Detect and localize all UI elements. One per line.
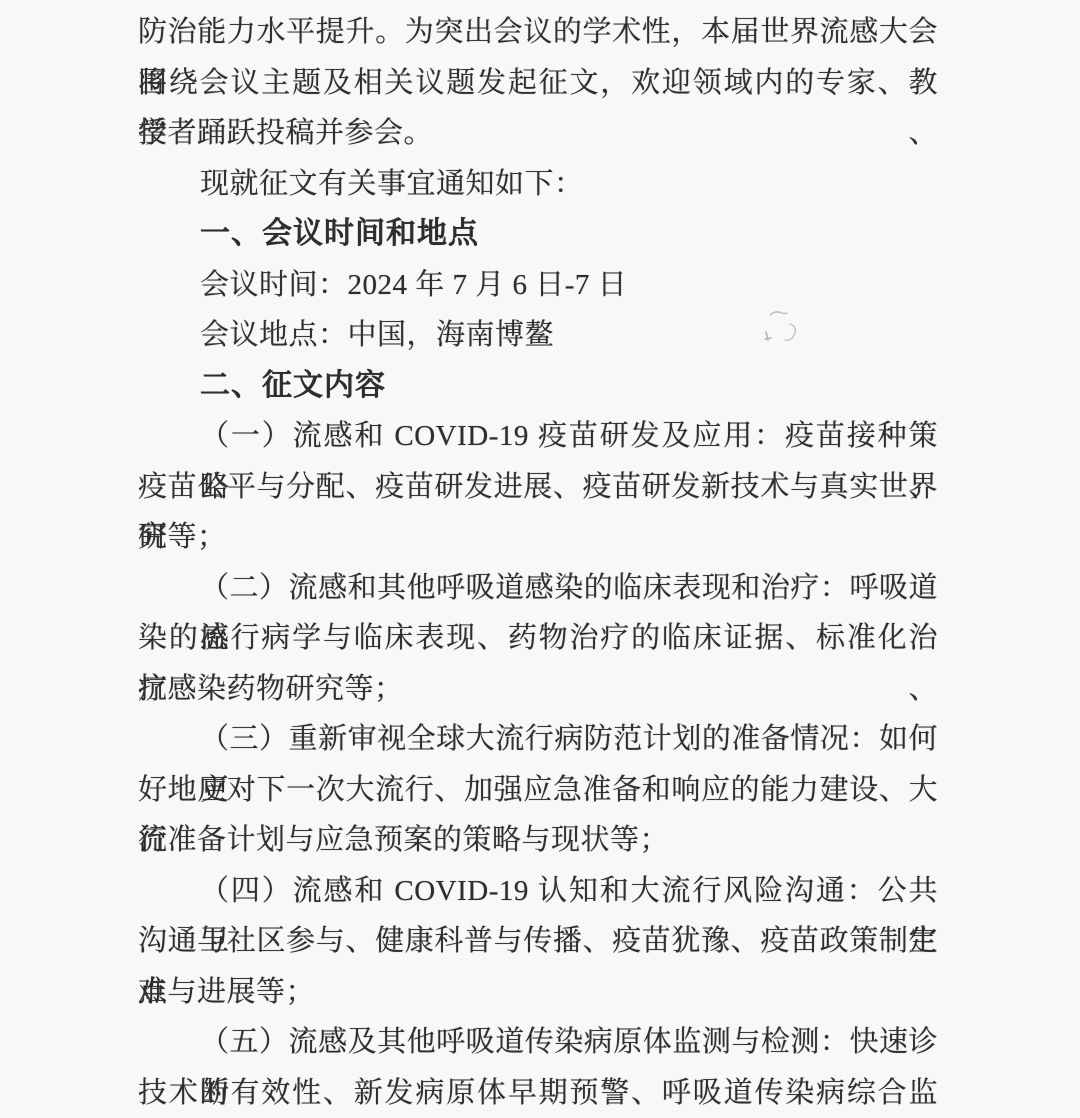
document-line: （五）流感及其他呼吸道传染病原体监测与检测：快速诊断 [138, 1017, 938, 1068]
document-line: 染的流行病学与临床表现、药物治疗的临床证据、标准化治疗、 [138, 613, 938, 664]
document-line: 行准备计划与应急预案的策略与现状等； [138, 815, 938, 866]
document-line: 好地应对下一次大流行、加强应急准备和响应的能力建设、大流 [138, 765, 938, 816]
document-line: 点与进展等； [138, 967, 938, 1018]
document-line: 疫苗公平与分配、疫苗研发进展、疫苗研发新技术与真实世界研 [138, 462, 938, 513]
document-text-block: 防治能力水平提升。为突出会议的学术性，本届世界流感大会将 围绕会议主题及相关议题… [138, 7, 938, 1118]
document-line: 围绕会议主题及相关议题发起征文，欢迎领域内的专家、教授、 [138, 58, 938, 109]
document-line: 现就征文有关事宜通知如下： [138, 159, 938, 210]
document-line: 沟通与社区参与、健康科普与传播、疫苗犹豫、疫苗政策制定难 [138, 916, 938, 967]
document-line: 防治能力水平提升。为突出会议的学术性，本届世界流感大会将 [138, 7, 938, 58]
document-line: （四）流感和 COVID-19 认知和大流行风险沟通：公共卫生 [138, 866, 938, 917]
meeting-time-line: 会议时间：2024 年 7 月 6 日-7 日 [138, 260, 938, 311]
document-line: 究等； [138, 512, 938, 563]
document-line: 技术的有效性、新发病原体早期预警、呼吸道传染病综合监测、 [138, 1068, 938, 1118]
document-line: （三）重新审视全球大流行病防范计划的准备情况：如何更 [138, 714, 938, 765]
document-line: （二）流感和其他呼吸道感染的临床表现和治疗：呼吸道感 [138, 563, 938, 614]
scanned-document-page: 防治能力水平提升。为突出会议的学术性，本届世界流感大会将 围绕会议主题及相关议题… [0, 0, 1080, 1118]
meeting-place-line: 会议地点：中国，海南博鳌 [138, 310, 938, 361]
pencil-smudge-mark [756, 306, 808, 352]
section-heading-2: 二、征文内容 [138, 361, 938, 412]
document-line: （一）流感和 COVID-19 疫苗研发及应用：疫苗接种策略、 [138, 411, 938, 462]
section-heading-1: 一、会议时间和地点 [138, 209, 938, 260]
